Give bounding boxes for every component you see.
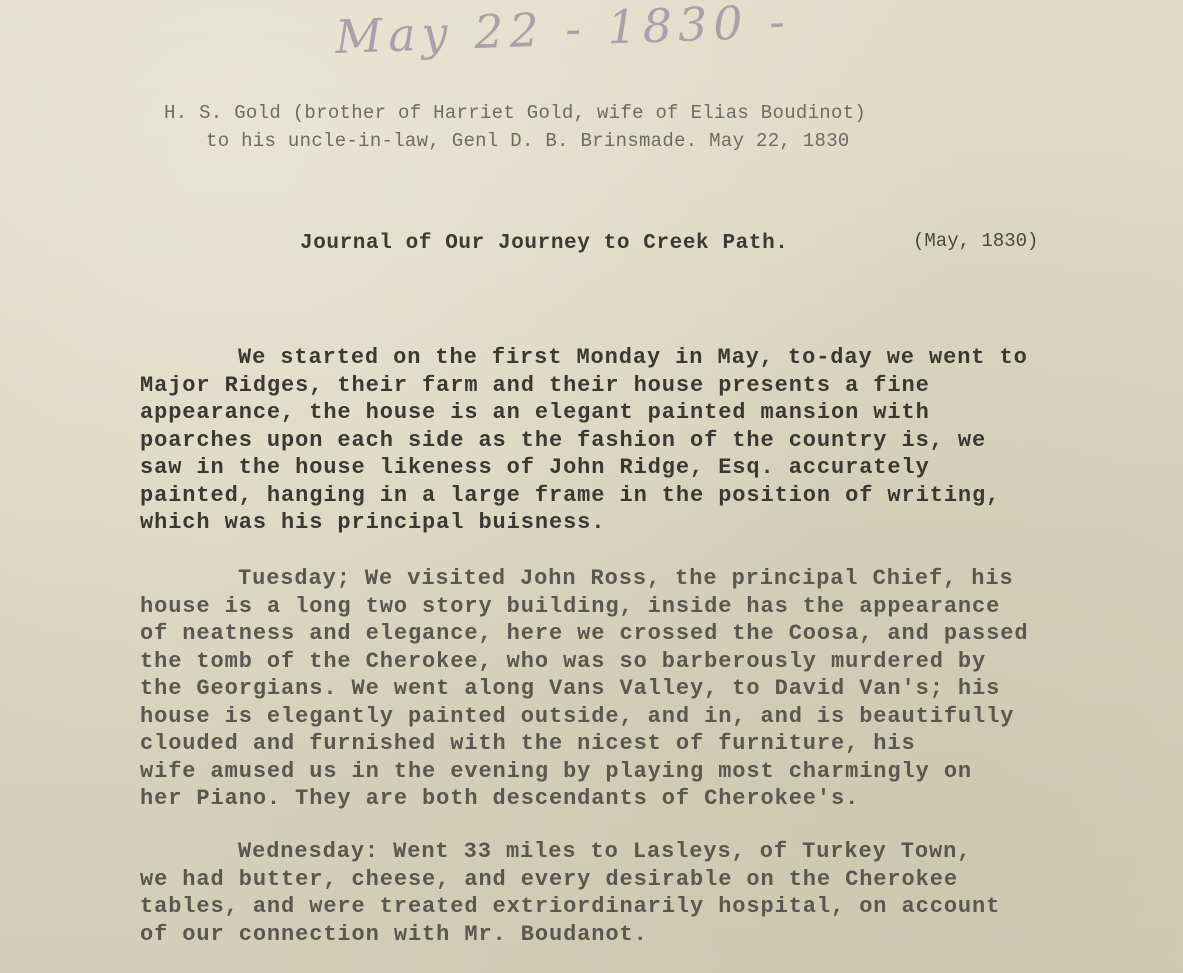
handwritten-date-annotation: May 22 - 1830 - — [334, 0, 791, 64]
paragraph-line: we had butter, cheese, and every desirab… — [140, 866, 1000, 894]
paragraph-line: the tomb of the Cherokee, who was so bar… — [140, 648, 1028, 676]
paragraph-wednesday: Wednesday: Went 33 miles to Lasleys, of … — [140, 838, 1000, 948]
paragraph-line: poarches upon each side as the fashion o… — [140, 427, 1028, 455]
paragraph-line: painted, hanging in a large frame in the… — [140, 482, 1028, 510]
paragraph-line: We started on the first Monday in May, t… — [140, 344, 1028, 372]
paragraph-line: house is a long two story building, insi… — [140, 593, 1028, 621]
paragraph-line: appearance, the house is an elegant pain… — [140, 399, 1028, 427]
paragraph-line: wife amused us in the evening by playing… — [140, 758, 1028, 786]
document-title: Journal of Our Journey to Creek Path. — [300, 232, 788, 255]
header-line-1: H. S. Gold (brother of Harriet Gold, wif… — [164, 102, 866, 124]
paragraph-line: Tuesday; We visited John Ross, the princ… — [140, 565, 1028, 593]
typewritten-page: May 22 - 1830 - H. S. Gold (brother of H… — [0, 0, 1183, 973]
paragraph-line: saw in the house likeness of John Ridge,… — [140, 454, 1028, 482]
paragraph-line: house is elegantly painted outside, and … — [140, 703, 1028, 731]
paragraph-line: which was his principal buisness. — [140, 509, 1028, 537]
paragraph-line: of neatness and elegance, here we crosse… — [140, 620, 1028, 648]
paragraph-line: Major Ridges, their farm and their house… — [140, 372, 1028, 400]
header-line-2: to his uncle-in-law, Genl D. B. Brinsmad… — [206, 130, 850, 152]
paragraph-tuesday: Tuesday; We visited John Ross, the princ… — [140, 565, 1028, 813]
title-date-annotation: (May, 1830) — [913, 230, 1038, 252]
paragraph-line: tables, and were treated extriordinarily… — [140, 893, 1000, 921]
paragraph-line: her Piano. They are both descendants of … — [140, 785, 1028, 813]
paragraph-line: Wednesday: Went 33 miles to Lasleys, of … — [140, 838, 1000, 866]
paragraph-monday: We started on the first Monday in May, t… — [140, 344, 1028, 537]
paragraph-line: clouded and furnished with the nicest of… — [140, 730, 1028, 758]
paragraph-line: of our connection with Mr. Boudanot. — [140, 921, 1000, 949]
paragraph-line: the Georgians. We went along Vans Valley… — [140, 675, 1028, 703]
